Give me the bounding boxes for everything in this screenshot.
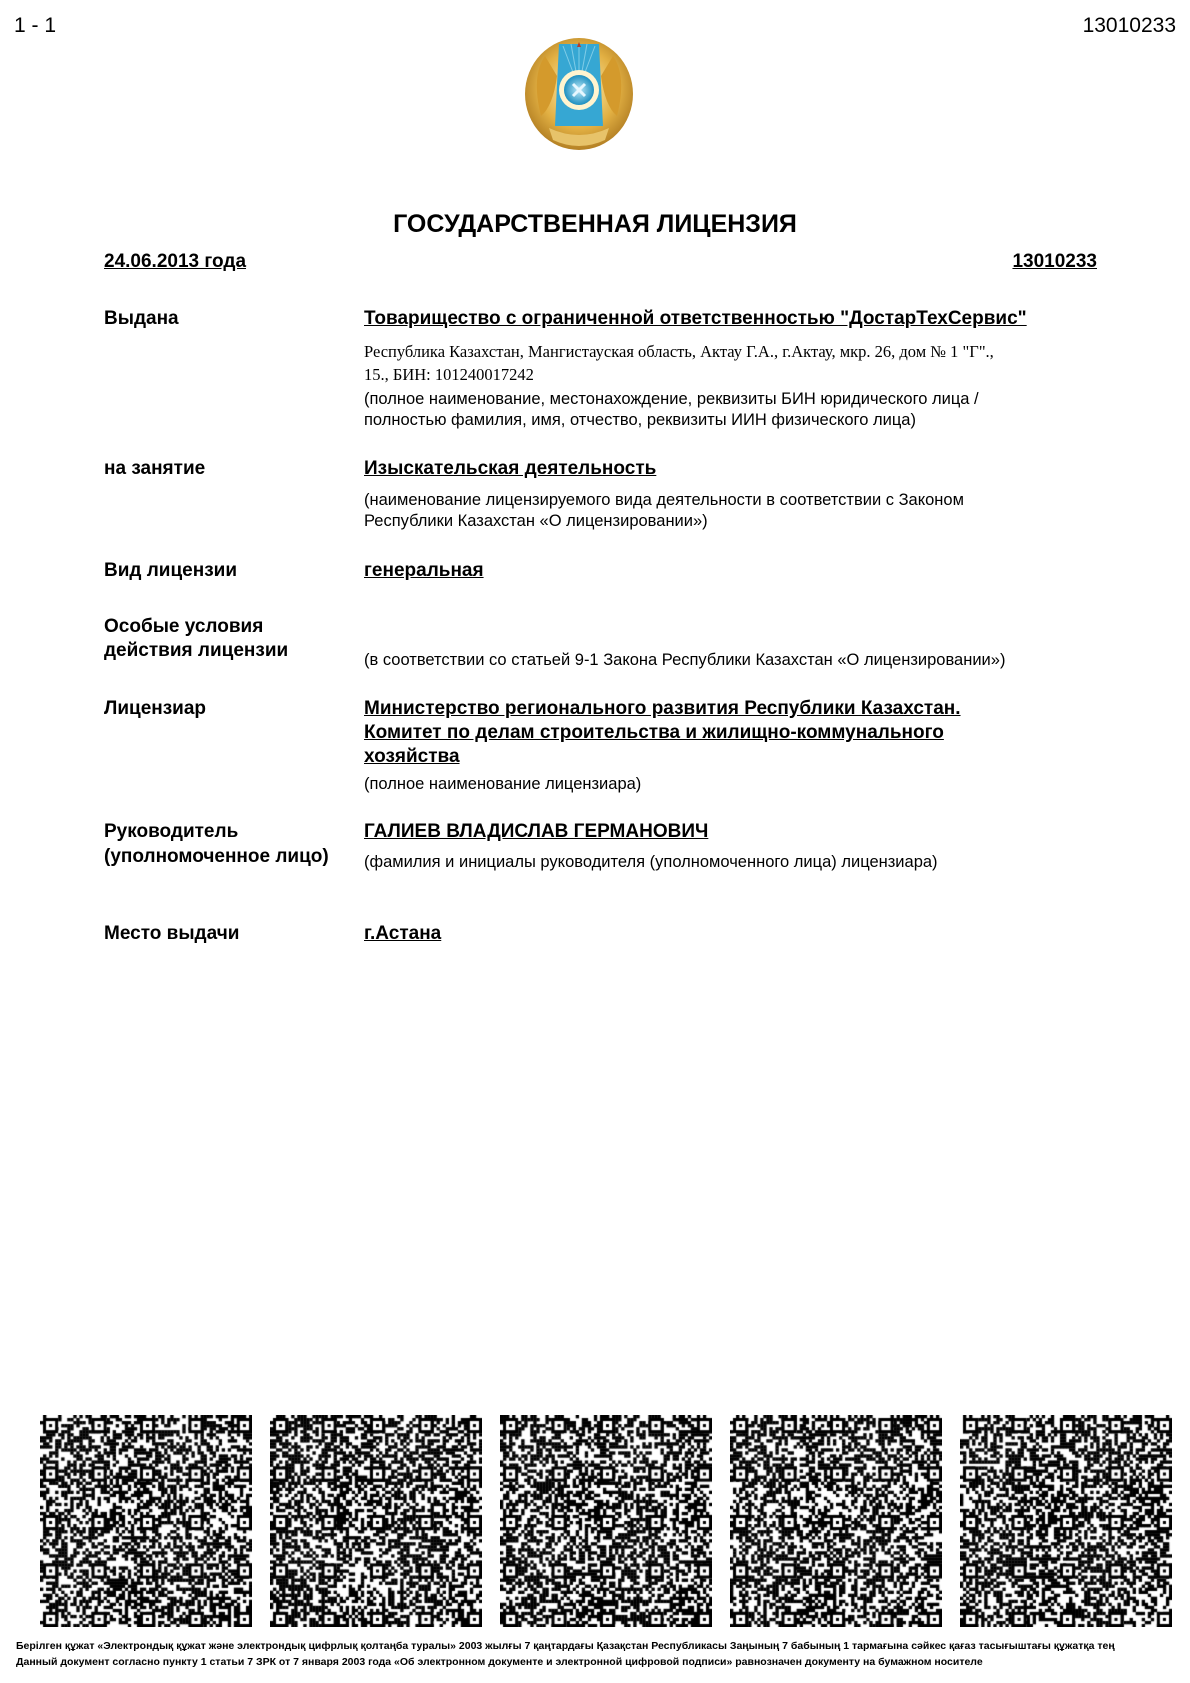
place-label: Место выдачи <box>104 922 239 946</box>
special-conditions-label-line1: Особые условия <box>104 615 263 639</box>
licensor-label: Лицензиар <box>104 697 206 721</box>
place-value: г.Астана <box>364 922 441 946</box>
page-indicator: 1 - 1 <box>14 14 56 38</box>
issued-to-address-line2: 15., БИН: 101240017242 <box>364 363 1124 386</box>
activity-value: Изыскательская деятельность <box>364 457 656 481</box>
issued-to-note-line1: (полное наименование, местонахождение, р… <box>364 389 979 410</box>
head-value: ГАЛИЕВ ВЛАДИСЛАВ ГЕРМАНОВИЧ <box>364 820 708 844</box>
license-number: 13010233 <box>1012 251 1097 273</box>
issued-to-note-line2: полностью фамилия, имя, отчество, реквиз… <box>364 410 916 431</box>
licensor-value-line3: хозяйства <box>364 745 460 769</box>
document-number-top: 13010233 <box>1083 14 1176 38</box>
kazakhstan-emblem-icon <box>523 36 635 158</box>
qr-code-icon <box>730 1415 942 1627</box>
licensor-value-line2: Комитет по делам строительства и жилищно… <box>364 721 944 745</box>
footer-legal-kz: Берілген құжат «Электрондық құжат және э… <box>16 1640 1115 1652</box>
head-label-line1: Руководитель <box>104 820 238 844</box>
issue-date: 24.06.2013 года <box>104 251 246 273</box>
licensor-note: (полное наименование лицензиара) <box>364 774 641 795</box>
activity-note-line2: Республики Казахстан «О лицензировании») <box>364 511 708 532</box>
license-type-label: Вид лицензии <box>104 559 237 583</box>
issued-to-address-line1: Республика Казахстан, Мангистауская обла… <box>364 340 1124 363</box>
footer-legal-ru: Данный документ согласно пункту 1 статьи… <box>16 1656 983 1668</box>
head-note: (фамилия и инициалы руководителя (уполно… <box>364 852 938 873</box>
activity-note-line1: (наименование лицензируемого вида деятел… <box>364 490 964 511</box>
licensor-value-line1: Министерство регионального развития Респ… <box>364 697 961 721</box>
document-title: ГОСУДАРСТВЕННАЯ ЛИЦЕНЗИЯ <box>0 210 1190 239</box>
head-label-line2: (уполномоченное лицо) <box>104 845 329 869</box>
license-type-value: генеральная <box>364 559 484 583</box>
issued-to-label: Выдана <box>104 307 179 331</box>
issued-to-value: Товарищество с ограниченной ответственно… <box>364 307 1027 331</box>
special-conditions-label-line2: действия лицензии <box>104 639 288 663</box>
qr-code-icon <box>40 1415 252 1627</box>
special-conditions-note: (в соответствии со статьей 9-1 Закона Ре… <box>364 650 1005 671</box>
qr-code-icon <box>500 1415 712 1627</box>
qr-code-icon <box>270 1415 482 1627</box>
qr-code-icon <box>960 1415 1172 1627</box>
activity-label: на занятие <box>104 457 205 481</box>
